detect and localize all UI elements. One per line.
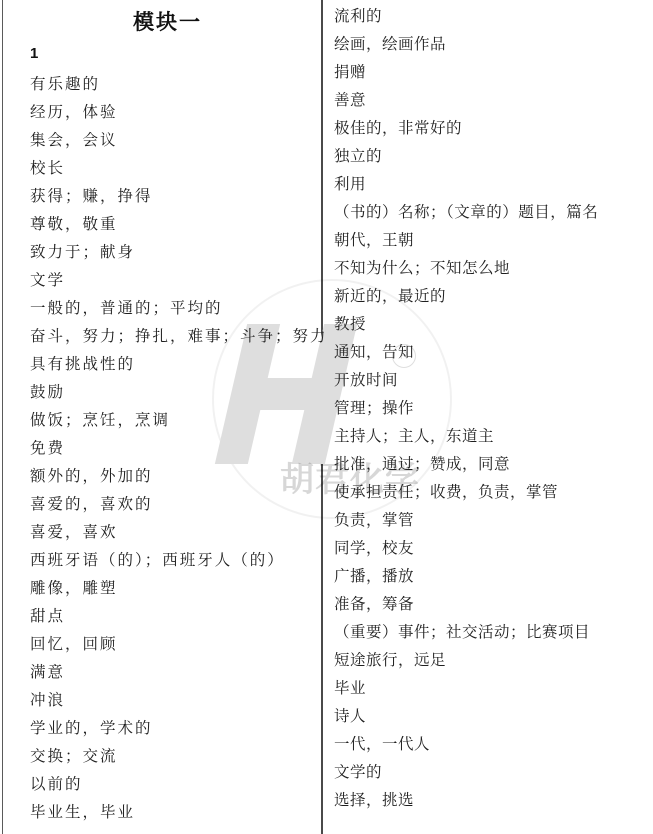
vocab-item: 利用 (334, 171, 652, 199)
vocab-item: 获得；赚，挣得 (30, 183, 320, 211)
vocab-item: 管理；操作 (334, 395, 652, 423)
vocab-item: 广播，播放 (334, 563, 652, 591)
vocab-item: 一代，一代人 (334, 731, 652, 759)
vocab-item: 文学的 (334, 759, 652, 787)
vocab-item: 负责，掌管 (334, 507, 652, 535)
vocab-item: 使承担责任；收费，负责，掌管 (334, 479, 652, 507)
vocab-item: 绘画，绘画作品 (334, 31, 652, 59)
vocab-item: 诗人 (334, 703, 652, 731)
page-title: 模块一 (0, 6, 335, 36)
right-vocab-column: 流利的绘画，绘画作品捐赠善意极佳的，非常好的独立的利用（书的）名称；（文章的）题… (334, 3, 652, 815)
vocab-item: 开放时间 (334, 367, 652, 395)
vocab-item: 主持人；主人，东道主 (334, 423, 652, 451)
vocab-item: 回忆，回顾 (30, 631, 320, 659)
vocab-item: 尊敬，敬重 (30, 211, 320, 239)
vocab-item: 喜爱，喜欢 (30, 519, 320, 547)
vocab-item: （重要）事件；社交活动；比赛项目 (334, 619, 652, 647)
page-left-border (2, 0, 3, 834)
vocab-item: 甜点 (30, 603, 320, 631)
vocab-item: 雕像，雕塑 (30, 575, 320, 603)
vocab-item: 教授 (334, 311, 652, 339)
document-page: R 胡君化学 模块一 1 有乐趣的经历，体验集会，会议校长获得；赚，挣得尊敬，敬… (0, 0, 653, 834)
vocab-item: 奋斗，努力；挣扎，难事；斗争；努力 (30, 323, 320, 351)
vocab-item: 额外的，外加的 (30, 463, 320, 491)
vocab-item: 具有挑战性的 (30, 351, 320, 379)
vocab-item: 毕业生，毕业 (30, 799, 320, 827)
vocab-item: 选择，挑选 (334, 787, 652, 815)
vocab-item: 短途旅行，远足 (334, 647, 652, 675)
vocab-item: 鼓励 (30, 379, 320, 407)
vocab-item: 致力于；献身 (30, 239, 320, 267)
vocab-item: 经历，体验 (30, 99, 320, 127)
vocab-item: 新近的，最近的 (334, 283, 652, 311)
column-divider (321, 0, 323, 834)
vocab-item: 校长 (30, 155, 320, 183)
vocab-item: 集会，会议 (30, 127, 320, 155)
vocab-item: 朝代，王朝 (334, 227, 652, 255)
vocab-item: 独立的 (334, 143, 652, 171)
vocab-item: 文学 (30, 267, 320, 295)
vocab-item: （书的）名称；（文章的）题目，篇名 (334, 199, 652, 227)
vocab-item: 一般的，普通的；平均的 (30, 295, 320, 323)
left-vocab-column: 有乐趣的经历，体验集会，会议校长获得；赚，挣得尊敬，敬重致力于；献身文学一般的，… (30, 71, 320, 827)
vocab-item: 做饭；烹饪，烹调 (30, 407, 320, 435)
vocab-item: 喜爱的，喜欢的 (30, 491, 320, 519)
vocab-item: 学业的，学术的 (30, 715, 320, 743)
vocab-item: 满意 (30, 659, 320, 687)
vocab-item: 免费 (30, 435, 320, 463)
vocab-item: 西班牙语（的）；西班牙人（的） (30, 547, 320, 575)
vocab-item: 冲浪 (30, 687, 320, 715)
vocab-item: 准备，筹备 (334, 591, 652, 619)
vocab-item: 捐赠 (334, 59, 652, 87)
section-number: 1 (30, 45, 38, 62)
vocab-item: 批准，通过；赞成，同意 (334, 451, 652, 479)
vocab-item: 极佳的，非常好的 (334, 115, 652, 143)
vocab-item: 交换；交流 (30, 743, 320, 771)
vocab-item: 不知为什么；不知怎么地 (334, 255, 652, 283)
vocab-item: 善意 (334, 87, 652, 115)
vocab-item: 流利的 (334, 3, 652, 31)
vocab-item: 同学，校友 (334, 535, 652, 563)
vocab-item: 通知，告知 (334, 339, 652, 367)
vocab-item: 以前的 (30, 771, 320, 799)
vocab-item: 毕业 (334, 675, 652, 703)
vocab-item: 有乐趣的 (30, 71, 320, 99)
